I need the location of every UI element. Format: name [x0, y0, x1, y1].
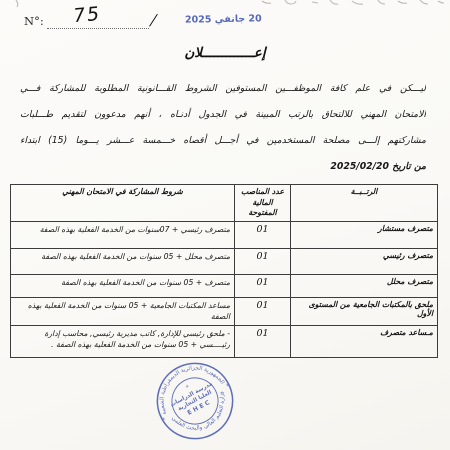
header-positions: عدد المناصب المالية المفتوحة: [235, 185, 291, 222]
body-line: مشاركتهم إلـــى مصلحة المستخدمين في أجــ…: [20, 128, 426, 154]
rank-cell: متصرف مستشار: [291, 221, 438, 248]
positions-cell: 01: [235, 248, 291, 274]
table-row: ملحق بالمكتبات الجامعية من المستوى الأول…: [11, 297, 438, 325]
handwritten-slash: /: [148, 11, 159, 29]
document-number-line: N°: 75 /: [24, 11, 156, 29]
rank-cell: متصرف رئيسي: [291, 248, 438, 274]
table-row: متصرف محلل 01 متصرف + 05 سنوات من الخدمة…: [11, 274, 438, 297]
conditions-cell: متصرف رئيسي + 07سنوات من الخدمة الفعلية …: [11, 221, 235, 248]
ranks-table: الرتــبــة عدد المناصب المالية المفتوحة …: [10, 184, 438, 358]
header-conditions: شروط المشاركة في الامتحان المهني: [11, 185, 235, 222]
handwritten-number: 75: [72, 3, 102, 28]
positions-cell: 01: [235, 221, 291, 248]
positions-cell: 01: [235, 274, 291, 297]
body-line: ليـــكن في علم كافة الموظفـــين المستوفي…: [20, 76, 426, 102]
table-header-row: الرتــبــة عدد المناصب المالية المفتوحة …: [11, 185, 438, 222]
official-round-stamp: الجمهورية الجزائرية الديمقراطية الشعبية …: [148, 354, 242, 448]
page-title: إعـــــــــــــلان: [0, 45, 450, 61]
body-line: الامتحان المهني للالتحاق بالرتب المبينة …: [20, 102, 426, 128]
positions-cell: 01: [235, 325, 291, 357]
date-ink-stamp: 20 جانفي 2025: [185, 13, 262, 25]
table-row: متصرف رئيسي 01 متصرف محلل + 05 سنوات من …: [11, 248, 438, 274]
scanned-announcement-page: N°: 75 / 20 جانفي 2025 إعـــــــــــــلا…: [0, 0, 450, 450]
conditions-cell: متصرف + 05 سنوات من الخدمة الفعلية بهذه …: [11, 274, 235, 297]
rank-cell: ملحق بالمكتبات الجامعية من المستوى الأول: [291, 297, 438, 325]
stamp-top-ornament: ✳: [184, 383, 190, 389]
conditions-cell: مساعد المكتبات الجامعية + 05 سنوات من ال…: [11, 297, 235, 325]
rank-cell: متصرف محلل: [291, 274, 438, 297]
announcement-body: ليـــكن في علم كافة الموظفـــين المستوفي…: [20, 76, 426, 180]
header-rank: الرتــبــة: [291, 185, 438, 222]
conditions-cell: - ملحق رئيسي للإدارة, كاتب مديرية رئيسي,…: [11, 325, 235, 357]
dotted-line: 75: [47, 15, 149, 29]
document-number-label: N°:: [24, 14, 44, 28]
rank-cell: مـساعد متصرف: [291, 325, 438, 357]
body-line-date: من تاريخ 2025/02/20: [20, 154, 426, 180]
conditions-cell: متصرف محلل + 05 سنوات من الخدمة الفعلية …: [11, 248, 235, 274]
table-row: متصرف مستشار 01 متصرف رئيسي + 07سنوات من…: [11, 221, 438, 248]
table-row: مـساعد متصرف 01 - ملحق رئيسي للإدارة, كا…: [11, 325, 438, 357]
positions-cell: 01: [235, 297, 291, 325]
